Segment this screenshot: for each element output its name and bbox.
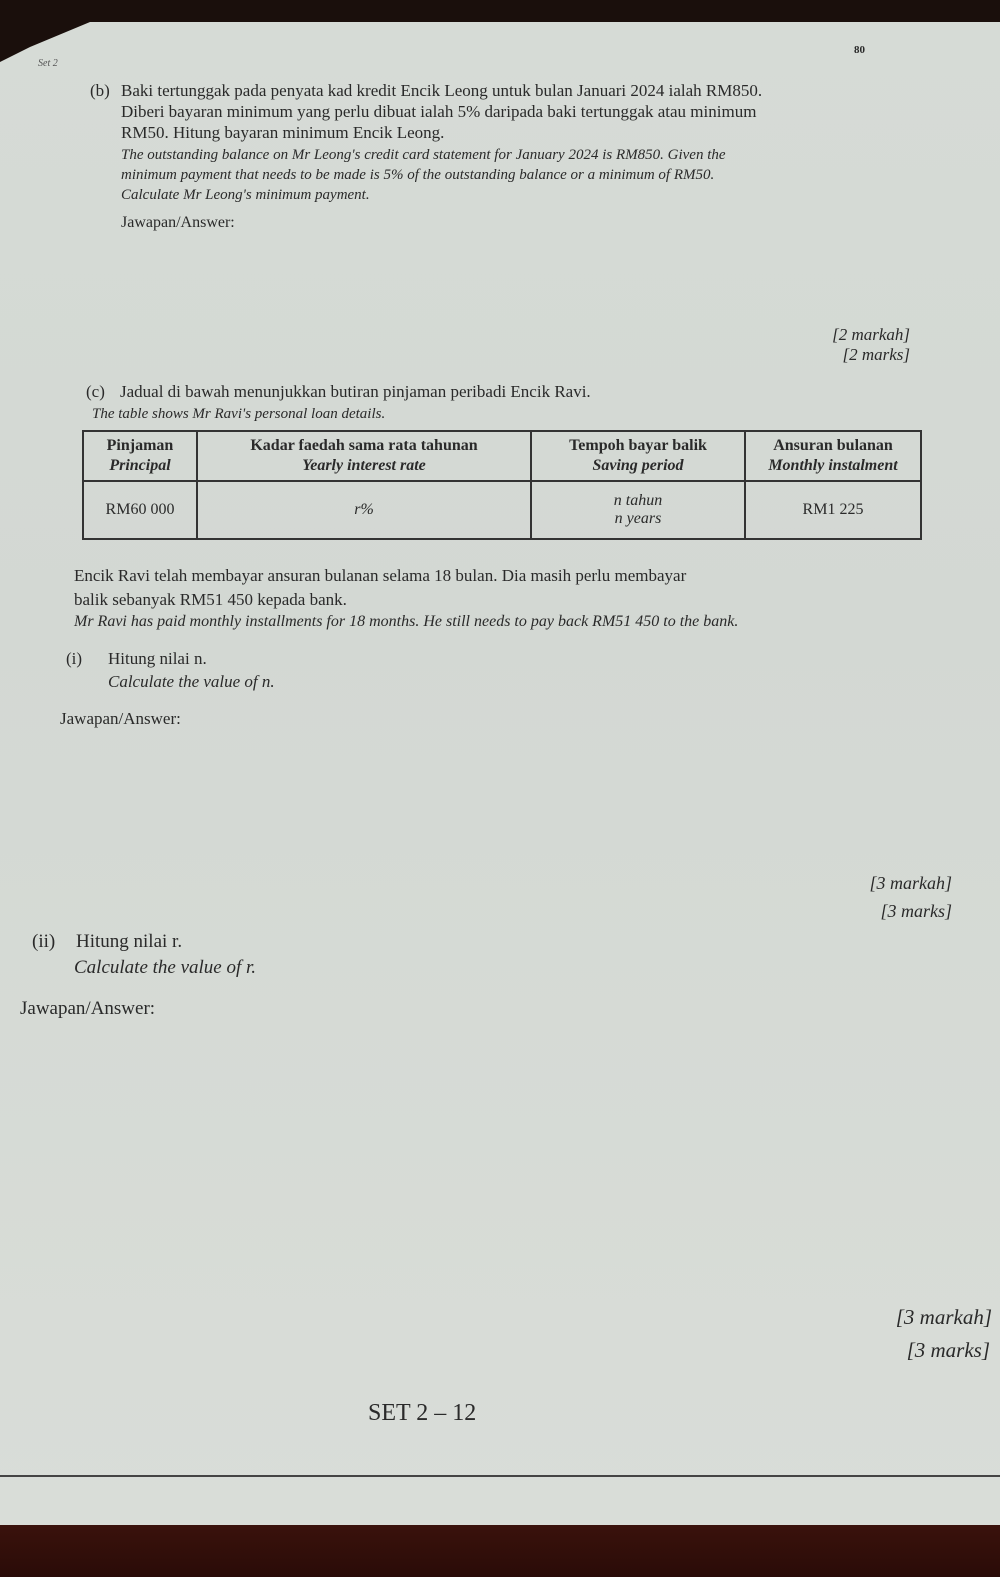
loan-details-table: Pinjaman Principal Kadar faedah sama rat… <box>82 430 922 540</box>
part-c-info-malay: Encik Ravi telah membayar ansuran bulana… <box>74 564 944 612</box>
sub-i-answer-label: Jawapan/Answer: <box>60 708 181 729</box>
table-header-row: Pinjaman Principal Kadar faedah sama rat… <box>83 431 921 481</box>
part-b-answer-label: Jawapan/Answer: <box>121 212 235 233</box>
sub-ii-marks-malay: [3 markah] <box>700 1305 992 1330</box>
sub-i-marks-english: [3 marks] <box>700 901 952 922</box>
header-period-english: Saving period <box>538 456 738 476</box>
cell-principal: RM60 000 <box>83 481 197 539</box>
part-b-marks-english: [2 marks] <box>700 345 910 365</box>
part-b-english-line: minimum payment that needs to be made is… <box>121 165 951 185</box>
cell-period: n tahun n years <box>531 481 745 539</box>
info-malay-line: balik sebanyak RM51 450 kepada bank. <box>74 588 944 612</box>
part-b-label: (b) <box>90 80 110 101</box>
header-interest-rate: Kadar faedah sama rata tahunan Yearly in… <box>197 431 531 481</box>
part-b-marks-malay: [2 markah] <box>700 325 910 345</box>
header-principal: Pinjaman Principal <box>83 431 197 481</box>
header-instalment-english: Monthly instalment <box>752 456 914 476</box>
header-period-malay: Tempoh bayar balik <box>569 437 707 454</box>
part-c-label: (c) <box>86 381 105 402</box>
cell-instalment: RM1 225 <box>745 481 921 539</box>
part-b-english: The outstanding balance on Mr Leong's cr… <box>121 145 951 205</box>
table-row: RM60 000 r% n tahun n years RM1 225 <box>83 481 921 539</box>
part-c-info-english: Mr Ravi has paid monthly installments fo… <box>74 612 738 632</box>
sub-i-label: (i) <box>66 648 82 669</box>
part-b-english-line: The outstanding balance on Mr Leong's cr… <box>121 145 951 165</box>
part-b-malay: Baki tertunggak pada penyata kad kredit … <box>121 80 951 143</box>
sub-i-malay: Hitung nilai n. <box>108 648 207 669</box>
header-instalment-malay: Ansuran bulanan <box>773 437 893 454</box>
part-b-malay-line: RM50. Hitung bayaran minimum Encik Leong… <box>121 122 951 143</box>
set-page-label: SET 2 – 12 <box>368 1400 476 1427</box>
header-instalment: Ansuran bulanan Monthly instalment <box>745 431 921 481</box>
cell-rate: r% <box>197 481 531 539</box>
sub-ii-marks-english: [3 marks] <box>700 1338 990 1363</box>
header-rate-malay: Kadar faedah sama rata tahunan <box>250 437 477 454</box>
sub-ii-label: (ii) <box>32 931 55 952</box>
corner-label: Set 2 <box>38 58 58 69</box>
cell-period-english: n years <box>538 510 738 528</box>
footer-divider <box>0 1475 1000 1477</box>
header-period: Tempoh bayar balik Saving period <box>531 431 745 481</box>
sub-ii-english: Calculate the value of r. <box>74 958 256 978</box>
part-b-english-line: Calculate Mr Leong's minimum payment. <box>121 185 951 205</box>
sub-i-marks-malay: [3 markah] <box>700 873 952 894</box>
header-principal-malay: Pinjaman <box>107 437 174 454</box>
sub-ii-answer-label: Jawapan/Answer: <box>20 998 155 1019</box>
part-b-malay-line: Baki tertunggak pada penyata kad kredit … <box>121 80 951 101</box>
part-c-intro-malay: Jadual di bawah menunjukkan butiran pinj… <box>120 381 591 402</box>
page-number: 80 <box>854 44 865 56</box>
part-b-malay-line: Diberi bayaran minimum yang perlu dibuat… <box>121 101 951 122</box>
sub-i-english: Calculate the value of n. <box>108 672 275 692</box>
exam-paper <box>0 22 1000 1527</box>
background-table <box>0 1525 1000 1577</box>
header-principal-english: Principal <box>90 456 190 476</box>
info-malay-line: Encik Ravi telah membayar ansuran bulana… <box>74 564 944 588</box>
cell-period-malay: n tahun <box>538 492 738 510</box>
header-rate-english: Yearly interest rate <box>204 456 524 476</box>
part-c-intro-english: The table shows Mr Ravi's personal loan … <box>92 404 385 424</box>
sub-ii-malay: Hitung nilai r. <box>76 931 182 952</box>
